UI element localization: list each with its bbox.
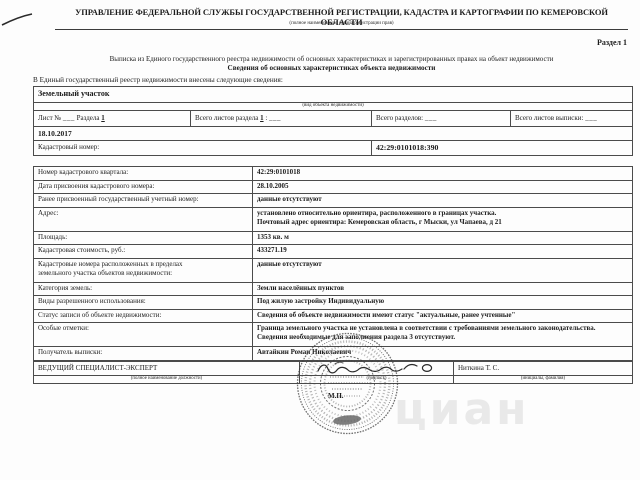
section-word: Раздела <box>77 114 100 122</box>
official-stamp <box>294 330 401 437</box>
authority-caption: (полное наименование органа регистрации … <box>55 21 628 26</box>
sheet-label: Лист № <box>38 114 61 122</box>
cian-watermark: циан <box>394 384 530 435</box>
name-caption: (инициалы, фамилия) <box>454 376 633 384</box>
table-row: Кадастровая стоимость, руб.:433271.19 <box>34 245 633 259</box>
table-row: Кадастровые номера расположенных в преде… <box>34 258 633 282</box>
sections-total-cell: Всего разделов: ___ <box>372 111 511 127</box>
signer-name: Ниткина Т. С. <box>454 362 633 376</box>
cadastral-number-value: 42:29:0101018:390 <box>372 141 633 156</box>
table-row: Категория земель:Земли населённых пункто… <box>34 282 633 296</box>
extract-sheets-cell: Всего листов выписки: ___ <box>511 111 633 127</box>
object-type-caption: (вид объекта недвижимости) <box>34 103 633 111</box>
section-number: 1 <box>101 114 105 122</box>
extract-title: Выписка из Единого государственного реес… <box>33 55 630 63</box>
intro-line: В Единый государственный реестр недвижим… <box>33 76 283 84</box>
sheet-blank: ___ <box>63 114 75 122</box>
table-row: Площадь:1353 кв. м <box>34 231 633 245</box>
table-row: Дата присвоения кадастрового номера:28.1… <box>34 180 633 194</box>
object-type: Земельный участок <box>34 87 633 103</box>
table-row: Виды разрешенного использования:Под жилу… <box>34 296 633 310</box>
signer-position: ВЕДУЩИЙ СПЕЦИАЛИСТ-ЭКСПЕРТ <box>34 362 300 376</box>
registration-authority-title: УПРАВЛЕНИЕ ФЕДЕРАЛЬНОЙ СЛУЖБЫ ГОСУДАРСТВ… <box>55 7 628 30</box>
sheets-total-number: 1 <box>260 114 264 122</box>
object-header-table: Земельный участок (вид объекта недвижимо… <box>33 86 633 156</box>
table-row: Ранее присвоенный государственный учетны… <box>34 194 633 208</box>
signature-scrawl <box>305 356 445 380</box>
cadastral-number-label: Кадастровый номер: <box>34 141 372 156</box>
sheet-number-cell: Лист № ___ Раздела 1 <box>34 111 191 127</box>
extract-date: 18.10.2017 <box>34 127 633 141</box>
section-label: Раздел 1 <box>597 38 627 47</box>
sheets-total-cell: Всего листов раздела 1 : ___ <box>191 111 372 127</box>
sections-total-label: Всего разделов: <box>376 114 423 122</box>
extract-sheets-label: Всего листов выписки: <box>515 114 583 122</box>
extract-subtitle: Сведения об основных характеристиках объ… <box>33 64 630 72</box>
position-caption: (полное наименование должности) <box>34 376 300 384</box>
table-row: Номер кадастрового квартала:42:29:010101… <box>34 167 633 181</box>
mp-seal-place-label: М.П. <box>328 392 344 400</box>
pen-mark <box>0 8 40 30</box>
table-row: Адрес:установлено относительно ориентира… <box>34 207 633 231</box>
sheets-total-label: Всего листов раздела <box>195 114 258 122</box>
table-row: Статус записи об объекте недвижимости:Св… <box>34 309 633 323</box>
